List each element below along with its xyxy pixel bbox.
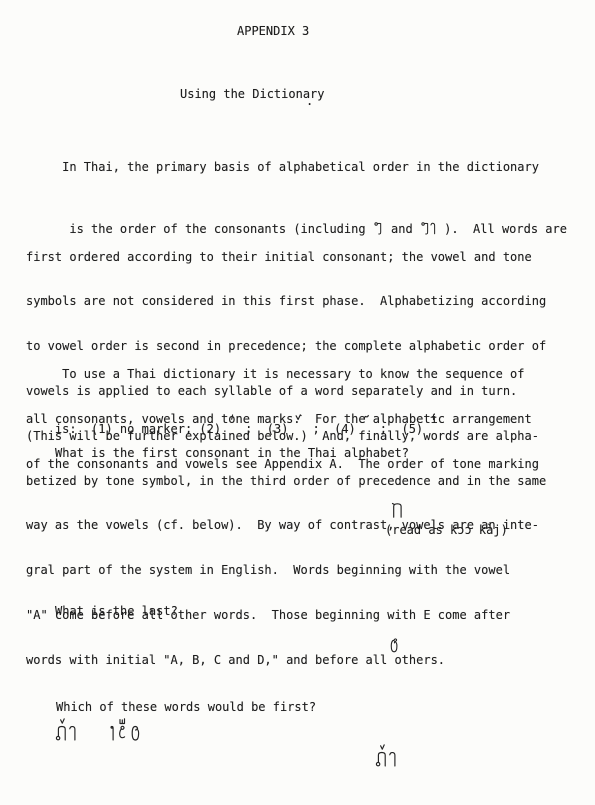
- answer-reading: (read as kɔɔ kàj): [385, 523, 508, 537]
- option-thaa-glyph: [54, 718, 80, 742]
- paragraph-line: first ordered according to their initial…: [26, 249, 567, 266]
- tone-line-seg5: .: [447, 422, 461, 436]
- page-title: APPENDIX 3: [237, 24, 309, 38]
- tone-order-line: is: (1) no marker; (2); (3); (4); (5) .: [26, 396, 462, 418]
- scanned-document-page: APPENDIX 3 Using the Dictionary . In Tha…: [0, 0, 595, 805]
- question-last-consonant: What is the last?: [55, 604, 178, 618]
- tone-line-seg1: is: (1) no marker; (2): [55, 422, 221, 436]
- option-ruea-glyph: [110, 718, 142, 742]
- line2-seg2: and: [384, 222, 420, 236]
- tone-line-seg2: ; (3): [245, 422, 288, 436]
- paragraph-line: In Thai, the primary basis of alphabetic…: [26, 159, 567, 176]
- paragraph-line: symbols are not considered in this first…: [26, 293, 567, 310]
- mai-tho-tone-mark-icon: [295, 414, 303, 422]
- mai-chattawa-tone-mark-icon: [430, 414, 438, 422]
- answer-ko-kai-glyph: [391, 501, 404, 519]
- answer-thaa-glyph: [374, 744, 400, 768]
- mai-ek-tone-mark-icon: [228, 414, 236, 422]
- section-subtitle: Using the Dictionary: [180, 87, 325, 101]
- paragraph-line-with-thai: is the order of the consonants (includin…: [26, 204, 567, 221]
- line2-seg3: ). All words are: [437, 222, 567, 236]
- paragraph-line: To use a Thai dictionary it is necessary…: [26, 366, 539, 383]
- subtitle-stray-period: .: [306, 94, 313, 108]
- mai-tri-tone-mark-icon: [363, 414, 371, 422]
- line2-seg1: is the order of the consonants (includin…: [69, 222, 372, 236]
- question-first-word: Which of these words would be first?: [56, 700, 316, 714]
- paragraph-line: words with initial "A, B, C and D," and …: [26, 652, 567, 669]
- tone-line-seg4: ; (5): [380, 422, 423, 436]
- question-first-consonant: What is the first consonant in the Thai …: [55, 446, 409, 460]
- paragraph-line: gral part of the system in English. Word…: [26, 562, 567, 579]
- thai-lo-lue-laa-glyph: [421, 221, 436, 235]
- thai-lo-lue-glyph: [374, 221, 383, 235]
- tone-line-seg3: ; (4): [312, 422, 355, 436]
- answer-ho-nokhuk-glyph: [388, 637, 400, 653]
